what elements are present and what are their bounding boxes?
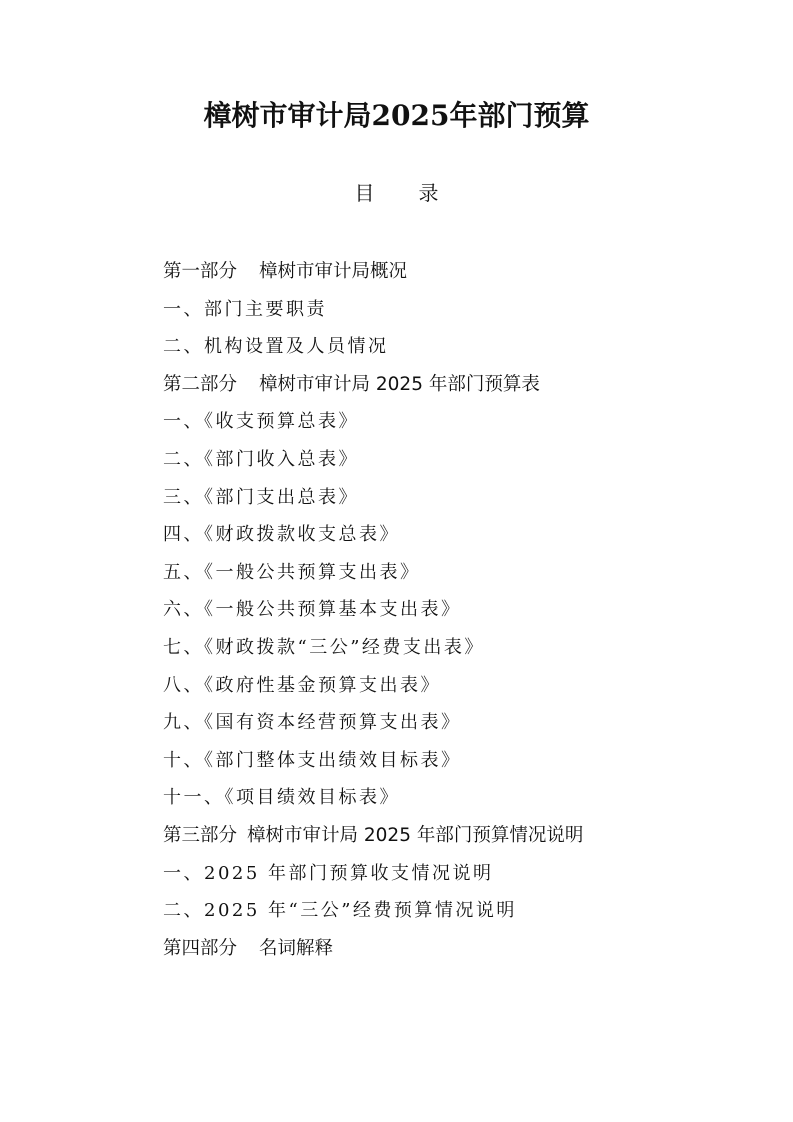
- toc-heading: 目录: [0, 178, 793, 208]
- toc-item: 六、《一般公共预算基本支出表》: [163, 591, 583, 629]
- toc-heading-char-1: 目: [355, 178, 375, 208]
- toc-item: 一、部门主要职责: [163, 291, 583, 329]
- toc-item: 五、《一般公共预算支出表》: [163, 554, 583, 592]
- toc-item: 一、《收支预算总表》: [163, 403, 583, 441]
- toc-part-3: 第三部分樟树市审计局 2025 年部门预算情况说明: [163, 817, 583, 855]
- toc-item: 七、《财政拨款“三公”经费支出表》: [163, 629, 583, 667]
- toc-item: 二、机构设置及人员情况: [163, 328, 583, 366]
- toc-item: 九、《国有资本经营预算支出表》: [163, 704, 583, 742]
- toc-item: 二、2025 年“三公”经费预算情况说明: [163, 892, 583, 930]
- toc-item: 一、2025 年部门预算收支情况说明: [163, 855, 583, 893]
- toc-item: 十、《部门整体支出绩效目标表》: [163, 742, 583, 780]
- toc-item: 三、《部门支出总表》: [163, 479, 583, 517]
- toc-item: 八、《政府性基金预算支出表》: [163, 667, 583, 705]
- table-of-contents: 第一部分樟树市审计局概况 一、部门主要职责 二、机构设置及人员情况 第二部分樟树…: [163, 253, 583, 967]
- toc-item: 二、《部门收入总表》: [163, 441, 583, 479]
- toc-heading-char-2: 录: [419, 178, 439, 208]
- document-title: 樟树市审计局2025年部门预算: [0, 96, 793, 136]
- toc-part-2: 第二部分樟树市审计局 2025 年部门预算表: [163, 366, 583, 404]
- toc-item: 十一、《项目绩效目标表》: [163, 779, 583, 817]
- toc-part-1: 第一部分樟树市审计局概况: [163, 253, 583, 291]
- toc-item: 四、《财政拨款收支总表》: [163, 516, 583, 554]
- toc-part-4: 第四部分名词解释: [163, 930, 583, 968]
